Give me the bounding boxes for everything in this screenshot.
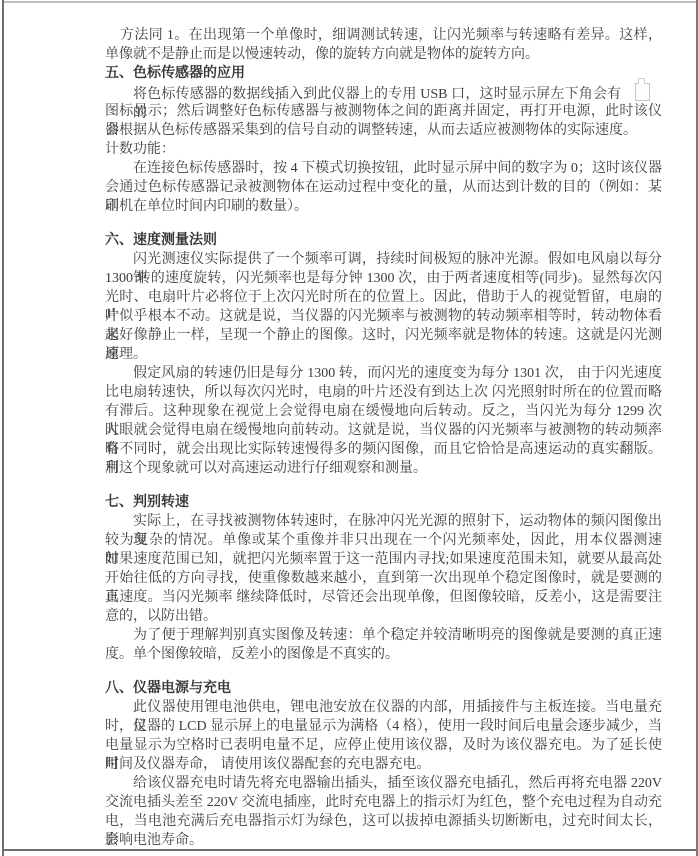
text-line: 有滞后。这种现象在视觉上会觉得电扇在缓慢地向后转动。反之，当闪光为每分 1299…: [105, 402, 662, 421]
text-line: 正速度。当闪光频率 继续降低时，尽管还会出现单像，但图像较暗，反差小，这是需要注: [105, 588, 662, 607]
text-line: 时，仪器的 LCD 显示屏上的电量显示为满格（4 格），使用一段时间后电量会逐步…: [105, 717, 662, 736]
document-content: 方法同 1。在出现第一个单像时，细调测试转速，让闪光频率与转速略有差异。这样， …: [105, 26, 662, 850]
text-line: 假定风扇的转速仍旧是每分 1300 转，而闪光的速度变为每分 1301 次， 由…: [105, 364, 662, 383]
document-page: 方法同 1。在出现第一个单像时，细调测试转速，让闪光频率与转速略有差异。这样， …: [0, 0, 698, 856]
text-line: 意的，以防出错。: [105, 607, 662, 626]
text-line: 电量显示为空格时已表明电量不足，应停止使用该仪器，及时为该仪器充电。为了延长使用: [105, 736, 662, 755]
text-line: 光时、电扇叶片必将位于上次闪光时所在的位置上。因此，借助于人的视觉暂留，电扇的叶: [105, 288, 662, 307]
section-heading: 六、速度测量法则: [105, 231, 662, 250]
blank-line: [105, 664, 662, 679]
image-placeholder-tab: [638, 78, 645, 84]
text-line: 人眼就会觉得电扇在缓慢地向前转动。这就是说，当仪器的闪光频率与被测物的转动频率略: [105, 421, 662, 440]
text-line: 单像就不是静止而是以慢速转动，像的旋转方向就是物体的旋转方向。: [105, 45, 662, 64]
text-line: 为了便于理解判别真实图像及转速：单个稳定并较清晰明亮的图像就是要测的真正速: [105, 626, 662, 645]
page-edge-left: [2, 0, 4, 856]
text-line: 闪光测速仪实际提供了一个频率可调，持续时间极短的脉冲光源。假如电风扇以每分钟: [105, 250, 662, 269]
section-heading: 八、仪器电源与充电: [105, 679, 662, 698]
text-line: 片似乎根本不动。这就是说，当仪器的闪光频率与被测物的转动频率相等时，转动物体看起: [105, 307, 662, 326]
section-heading: 五、色标传感器的应用: [105, 64, 662, 83]
text-line: 时间及仪器寿命， 请使用该仪器配套的充电器充电。: [105, 755, 662, 774]
text-line: 在连接色标传感器时，按 4 下模式切换按钮，此时显示屏中间的数字为 0；这时该仪…: [105, 159, 662, 178]
text-line: 刷机在单位时间内印刷的数量）。: [105, 197, 662, 216]
text-line: 将色标传感器的数据线插入到此仪器上的专用 USB 口，这时显示屏左下角会有 的: [105, 83, 662, 102]
text-line: 较为复杂的情况。单像或某个重像并非只出现在一个闪光频率处，因此，用本仪器测速时，: [105, 531, 662, 550]
text-line: 有不同时，就会出现比实际转速慢得多的频闪图像，而且它恰恰是高速运动的真实翻版。利: [105, 440, 662, 459]
text-line: 会根据从色标传感器采集到的信号自动的调整转速，从而去适应被测物体的实际速度。: [105, 121, 662, 140]
text-line: 交流电插头差至 220V 交流电插座，此时充电器上的指示灯为红色，整个充电过程为…: [105, 793, 662, 812]
text-line: 会通过色标传感器记录被测物体在运动过程中变化的量，从而达到计数的目的（例如：某印: [105, 178, 662, 197]
text-line: 原理。: [105, 345, 662, 364]
text-line: 开始往低的方向寻找，使重像数越来越小，直到第一次出现单个稳定图像时，就是要测的真: [105, 569, 662, 588]
text-line: 度。单个图像较暗，反差小的图像是不真实的。: [105, 645, 662, 664]
text-line: 方法同 1。在出现第一个单像时，细调测试转速，让闪光频率与转速略有差异。这样，: [105, 26, 662, 45]
blank-line: [105, 216, 662, 231]
text-line: 实际上，在寻找被测物体转速时，在脉冲闪光光源的照射下，运动物体的频闪图像出现: [105, 512, 662, 531]
text-line: 给该仪器充电时请先将充电器输出插头，插至该仪器充电插孔，然后再将充电器 220V: [105, 774, 662, 793]
text-line: 来好像静止一样，呈现一个静止的图像。这时，闪光频率就是物体的转速。这就是闪光测速: [105, 326, 662, 345]
text-line: 影响电池寿命。: [105, 831, 662, 850]
page-edge-top: [4, 1, 696, 3]
blank-line: [105, 478, 662, 493]
text-line: 计数功能：: [105, 140, 662, 159]
text-line: 图标显示；然后调整好色标传感器与被测物体之间的距离并固定，再打开电源，此时该仪器: [105, 102, 662, 121]
text-line: 1300 转的速度旋转，闪光频率也是每分钟 1300 次，由于两者速度相等(同步…: [105, 269, 662, 288]
text-line: 用这个现象就可以对高速运动进行仔细观察和测量。: [105, 459, 662, 478]
text-segment: 将色标传感器的数据线插入到此仪器上的专用 USB 口，这时显示屏左下角会有: [133, 87, 621, 102]
section-heading: 七、判别转速: [105, 493, 662, 512]
image-placeholder-icon: [635, 83, 650, 101]
text-line: 比电扇转速快，所以每次闪光时，电扇的叶片还没有到达上次 闪光照射时所在的位置而略: [105, 383, 662, 402]
text-line: 如果速度范围已知，就把闪光频率置于这一范围内寻找;如果速度范围未知，就要从最高处: [105, 550, 662, 569]
text-line: 电，当电池充满后充电器指示灯为绿色，这可以拔掉电源插头切断断电，过充时间太长，会: [105, 812, 662, 831]
text-line: 此仪器使用锂电池供电，锂电池安放在仪器的内部，用插接件与主板连接。当电量充足: [105, 698, 662, 717]
